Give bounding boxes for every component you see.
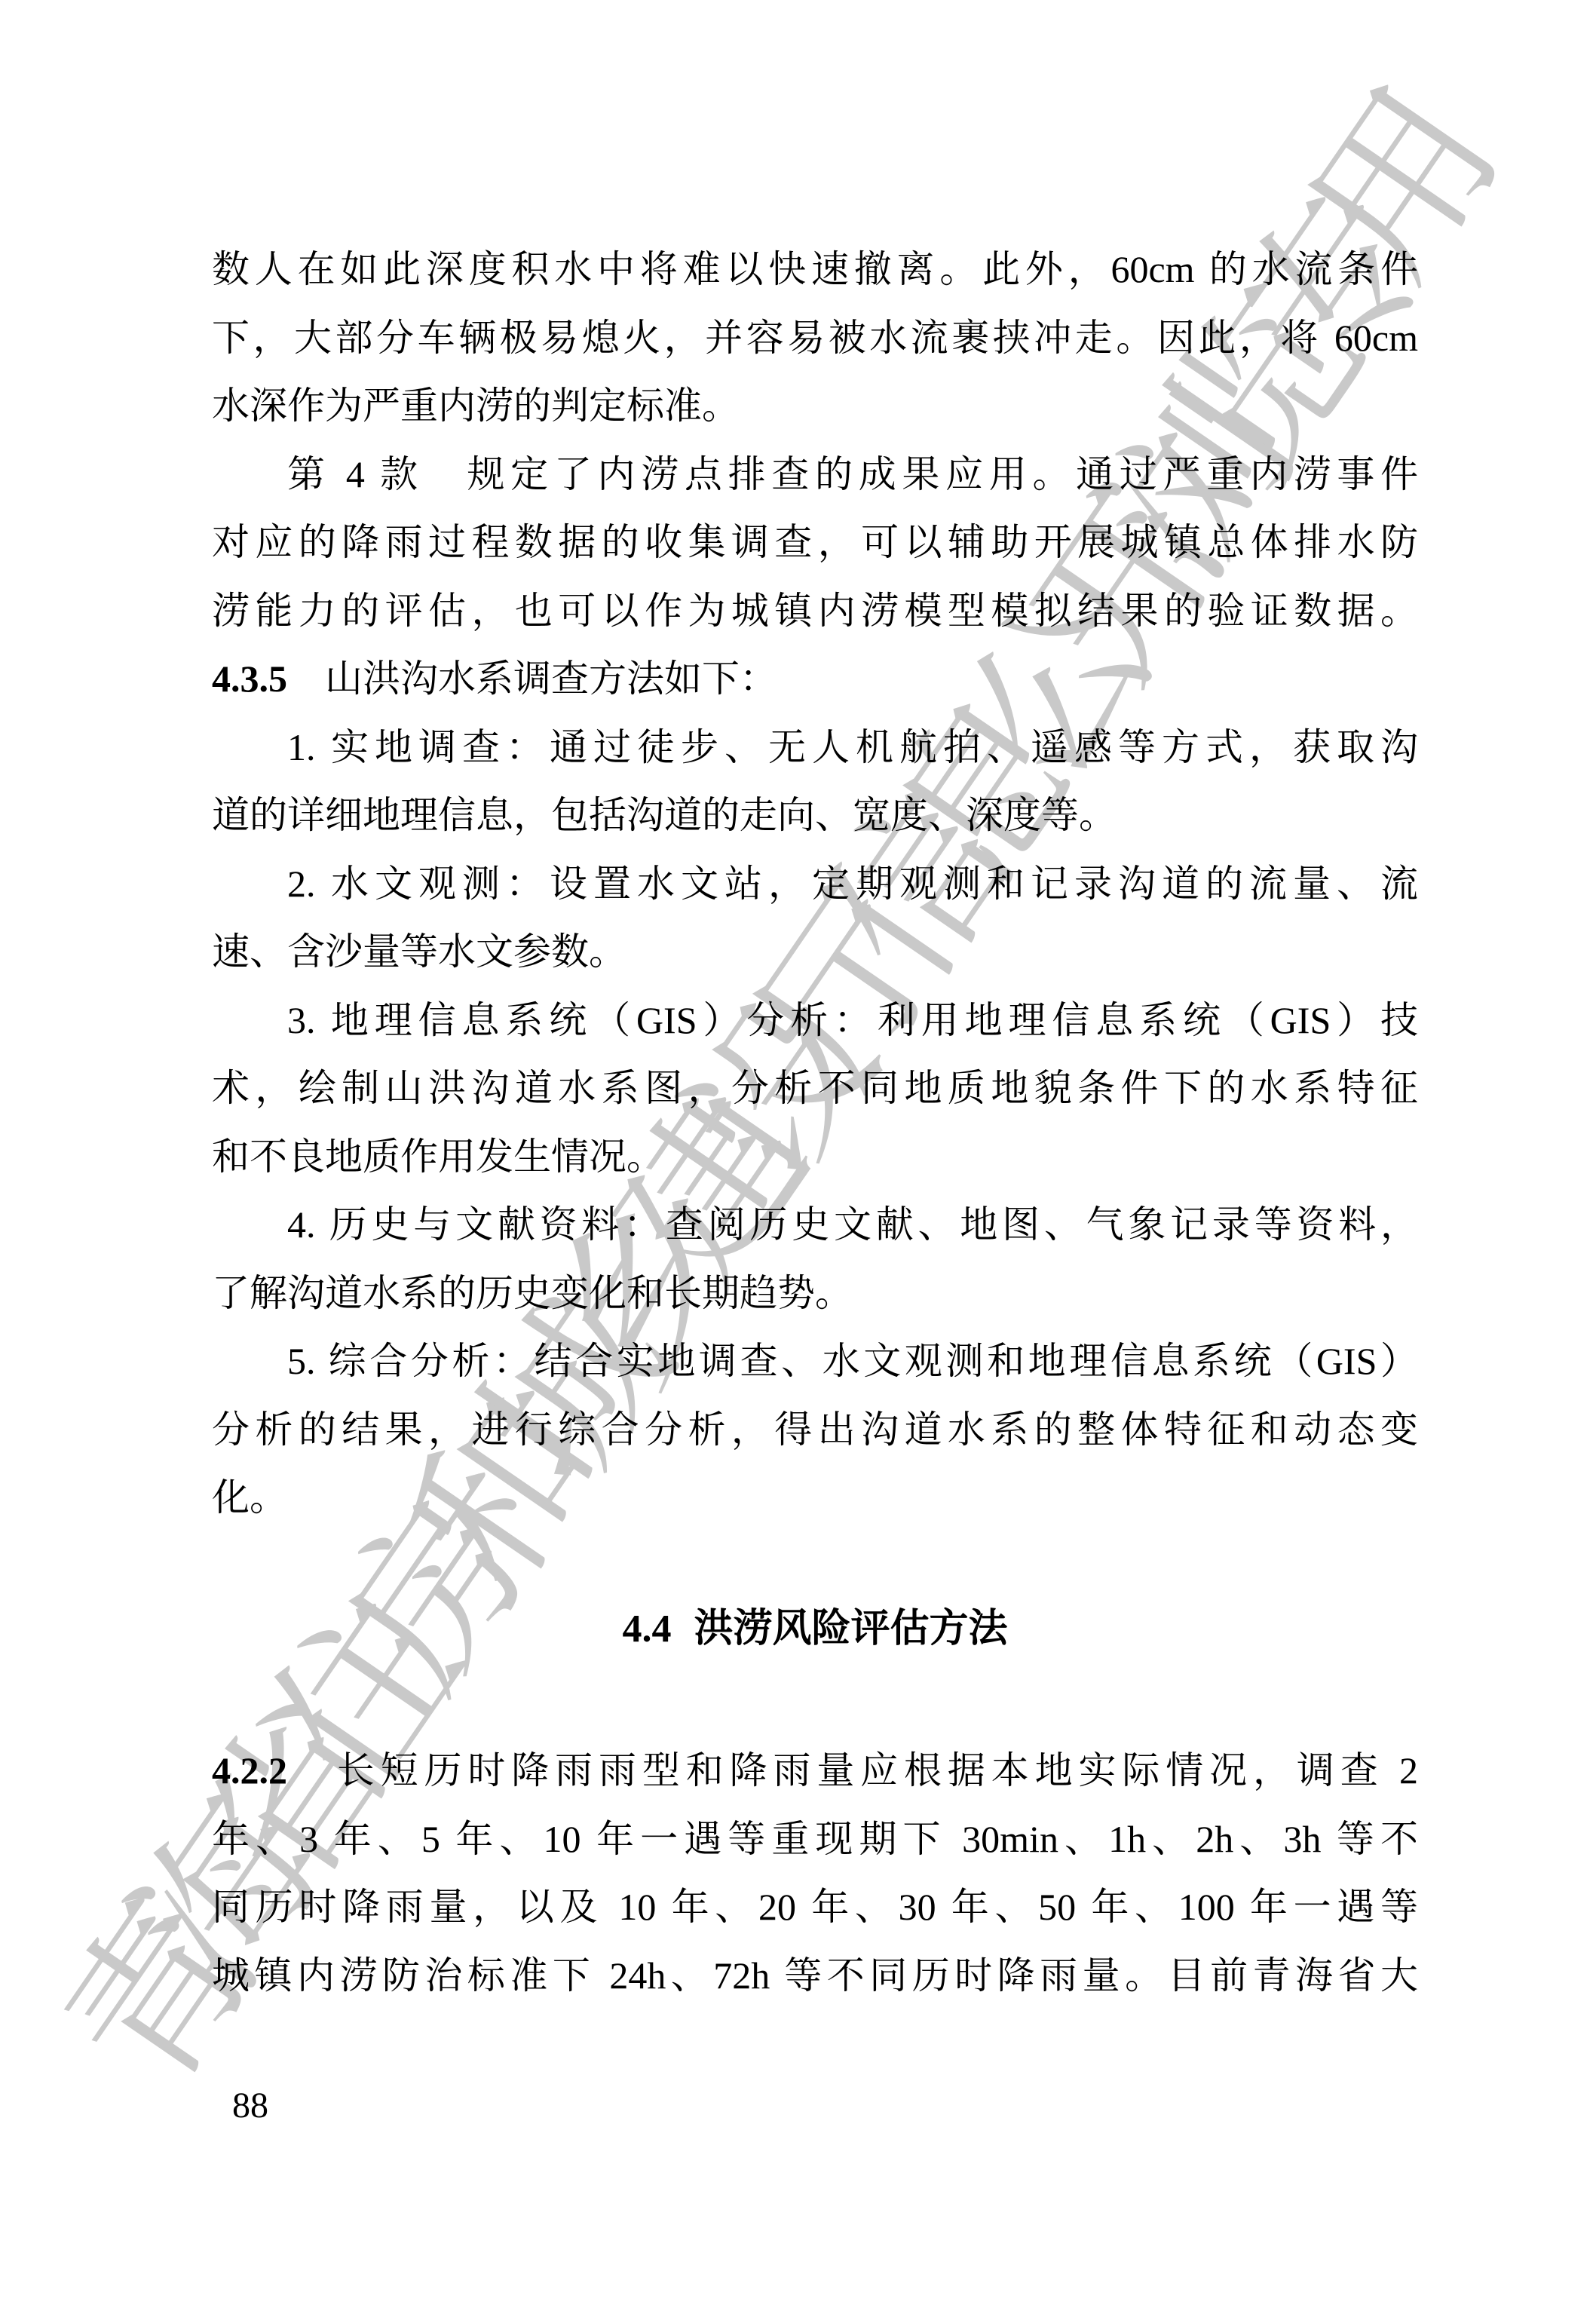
line-text: 同历时降雨量，以及 10 年、20 年、30 年、50 年、100 年一遇等: [212, 1886, 1418, 1928]
text-line: 术，绘制山洪沟道水系图，分析不同地质地貌条件下的水系特征: [212, 1054, 1418, 1123]
line-text: 1. 实地调查：通过徒步、无人机航拍、遥感等方式，获取沟: [287, 726, 1418, 768]
text-line: 水深作为严重内涝的判定标准。: [212, 372, 1418, 440]
text-line: 5. 综合分析：结合实地调查、水文观测和地理信息系统（GIS）: [212, 1327, 1418, 1396]
line-text: 分析的结果，进行综合分析，得出沟道水系的整体特征和动态变: [212, 1408, 1418, 1451]
line-text: 年、3 年、5 年、10 年一遇等重现期下 30min、1h、2h、3h 等不: [212, 1818, 1418, 1860]
body-text-block: 数人在如此深度积水中将难以快速撤离。此外，60cm 的水流条件 下，大部分车辆极…: [212, 235, 1418, 1532]
line-text: 了解沟道水系的历史变化和长期趋势。: [212, 1272, 853, 1314]
text-line-clause-4-3-5: 4.3.5 山洪沟水系调查方法如下：: [212, 645, 1418, 713]
text-line: 下，大部分车辆极易熄火，并容易被水流裹挟冲走。因此，将 60cm: [212, 304, 1418, 372]
line-text: 3. 地理信息系统（GIS）分析：利用地理信息系统（GIS）技: [287, 999, 1418, 1041]
section-title: 洪涝风险评估方法: [694, 1606, 1007, 1651]
line-text: 术，绘制山洪沟道水系图，分析不同地质地貌条件下的水系特征: [212, 1067, 1418, 1109]
line-text: 2. 水文观测：设置水文站，定期观测和记录沟道的流量、流: [287, 863, 1418, 905]
line-text: 5. 综合分析：结合实地调查、水文观测和地理信息系统（GIS）: [287, 1340, 1418, 1382]
text-line: 同历时降雨量，以及 10 年、20 年、30 年、50 年、100 年一遇等: [212, 1873, 1418, 1942]
text-line: 年、3 年、5 年、10 年一遇等重现期下 30min、1h、2h、3h 等不: [212, 1805, 1418, 1874]
text-line: 1. 实地调查：通过徒步、无人机航拍、遥感等方式，获取沟: [212, 713, 1418, 782]
document-page: 青海省住房和城乡建设厅信息公开浏览专用 数人在如此深度积水中将难以快速撤离。此外…: [0, 0, 1596, 2314]
text-line: 道的详细地理信息，包括沟道的走向、宽度、深度等。: [212, 781, 1418, 850]
text-line: 城镇内涝防治标准下 24h、72h 等不同历时降雨量。目前青海省大: [212, 1942, 1418, 2010]
line-text: 山洪沟水系调查方法如下：: [287, 657, 777, 700]
line-text: 化。: [212, 1476, 287, 1519]
line-text: 水深作为严重内涝的判定标准。: [212, 385, 740, 427]
text-line: 数人在如此深度积水中将难以快速撤离。此外，60cm 的水流条件: [212, 235, 1418, 304]
line-text: 和不良地质作用发生情况。: [212, 1136, 664, 1178]
section-number: 4.4: [622, 1608, 671, 1650]
line-text: 城镇内涝防治标准下 24h、72h 等不同历时降雨量。目前青海省大: [212, 1954, 1418, 1997]
text-line: 第 4 款 规定了内涝点排查的成果应用。通过严重内涝事件: [212, 440, 1418, 509]
clause-number: 4.3.5: [212, 657, 287, 700]
text-line: 4. 历史与文献资料：查阅历史文献、地图、气象记录等资料，: [212, 1191, 1418, 1259]
text-line: 对应的降雨过程数据的收集调查，可以辅助开展城镇总体排水防: [212, 508, 1418, 577]
line-text: 涝能力的评估，也可以作为城镇内涝模型模拟结果的验证数据。: [212, 590, 1418, 632]
line-text: 4. 历史与文献资料：查阅历史文献、地图、气象记录等资料，: [287, 1203, 1418, 1246]
section-heading-4-4: 4.4洪涝风险评估方法: [212, 1595, 1418, 1663]
body-text-block-2: 4.2.2 长短历时降雨雨型和降雨量应根据本地实际情况，调查 2 年、3 年、5…: [212, 1736, 1418, 2009]
text-line: 了解沟道水系的历史变化和长期趋势。: [212, 1259, 1418, 1328]
line-text: 长短历时降雨雨型和降雨量应根据本地实际情况，调查 2: [287, 1749, 1418, 1791]
text-line: 速、含沙量等水文参数。: [212, 918, 1418, 986]
text-line: 2. 水文观测：设置水文站，定期观测和记录沟道的流量、流: [212, 850, 1418, 918]
line-text: 道的详细地理信息，包括沟道的走向、宽度、深度等。: [212, 794, 1117, 836]
line-text: 数人在如此深度积水中将难以快速撤离。此外，60cm 的水流条件: [212, 248, 1418, 290]
text-line-clause-4-2-2: 4.2.2 长短历时降雨雨型和降雨量应根据本地实际情况，调查 2: [212, 1736, 1418, 1805]
line-text: 对应的降雨过程数据的收集调查，可以辅助开展城镇总体排水防: [212, 521, 1418, 563]
clause-number: 4.2.2: [212, 1749, 287, 1791]
line-text: 下，大部分车辆极易熄火，并容易被水流裹挟冲走。因此，将 60cm: [212, 317, 1418, 359]
line-text: 第 4 款 规定了内涝点排查的成果应用。通过严重内涝事件: [287, 453, 1418, 495]
text-line: 涝能力的评估，也可以作为城镇内涝模型模拟结果的验证数据。: [212, 577, 1418, 645]
line-text: 速、含沙量等水文参数。: [212, 930, 626, 973]
text-line: 和不良地质作用发生情况。: [212, 1123, 1418, 1191]
page-number: 88: [232, 2087, 268, 2125]
text-line: 化。: [212, 1463, 1418, 1532]
text-line: 3. 地理信息系统（GIS）分析：利用地理信息系统（GIS）技: [212, 986, 1418, 1055]
text-line: 分析的结果，进行综合分析，得出沟道水系的整体特征和动态变: [212, 1396, 1418, 1464]
